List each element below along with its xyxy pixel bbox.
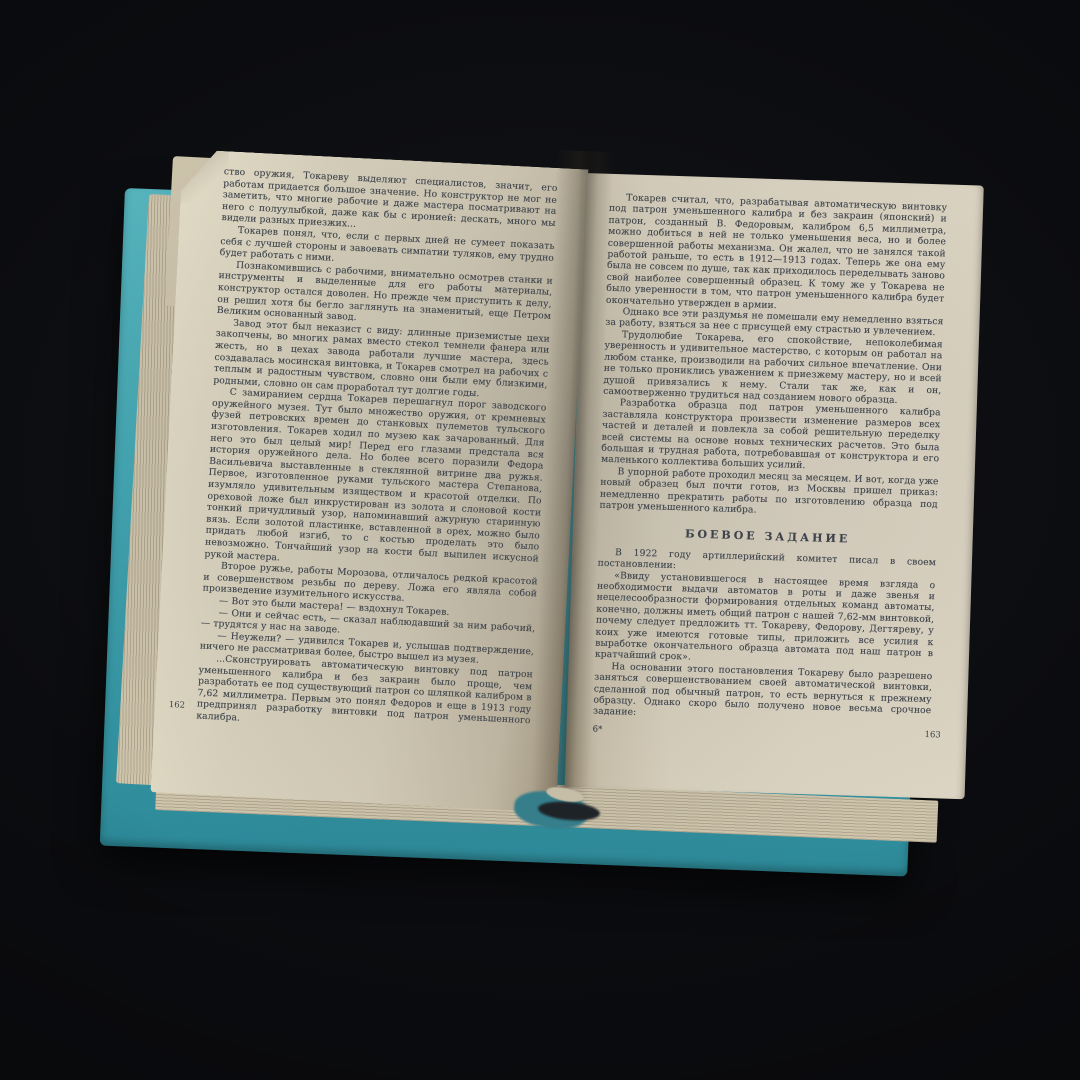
- paragraph: «Ввиду установившегося в настоящее время…: [595, 569, 936, 671]
- paragraph: В упорной работе проходил месяц за месяц…: [599, 465, 938, 521]
- book-page-right: Токарев считал, что, разрабатывая автома…: [565, 173, 984, 799]
- left-page-paragraphs: ство оружия, Токареву выделяют специалис…: [196, 166, 558, 739]
- right-page-paragraphs-bottom: В 1922 году артиллерийский комитет писал…: [593, 546, 936, 728]
- paragraph: Разработка образца под патрон уменьшенно…: [601, 397, 941, 476]
- right-page-text: Токарев считал, что, разрабатывая автома…: [592, 192, 947, 747]
- right-page-paragraphs-top: Токарев считал, что, разрабатывая автома…: [599, 192, 947, 522]
- photo-background: ство оружия, Токареву выделяют специалис…: [0, 0, 1080, 1080]
- left-page-text: ство оружия, Токареву выделяют специалис…: [196, 166, 558, 739]
- paragraph: Токарев считал, что, разрабатывая автома…: [606, 192, 947, 317]
- page-number-left: 162: [169, 700, 186, 711]
- book-page-left: ство оружия, Токареву выделяют специалис…: [150, 149, 588, 813]
- footnote-mark: 6*: [592, 724, 930, 746]
- page-number-right: 163: [924, 730, 941, 741]
- chapter-heading: БОЕВОЕ ЗАДАНИЕ: [599, 526, 937, 548]
- paragraph: Трудолюбие Токарева, его спокойствие, не…: [603, 329, 943, 408]
- paragraph: На основании этого постановления Токарев…: [593, 660, 933, 728]
- paragraph: С замиранием сердца Токарев перешагнул п…: [204, 386, 546, 577]
